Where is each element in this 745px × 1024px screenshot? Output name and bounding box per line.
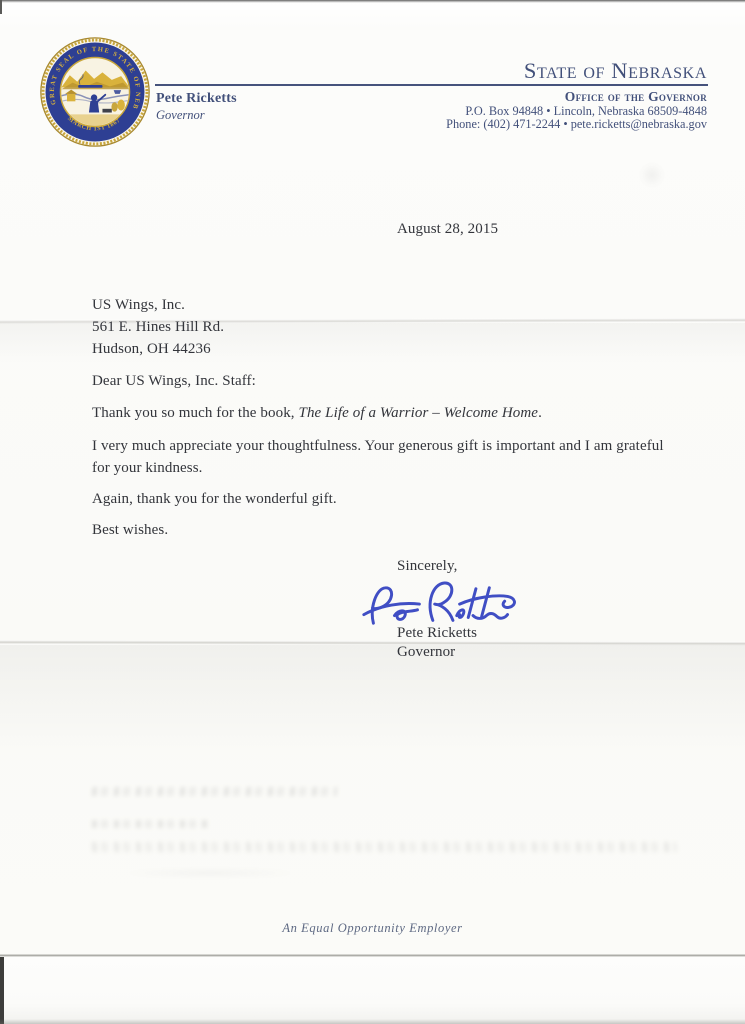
scan-bottom-shadow	[0, 1019, 745, 1024]
book-title: The Life of a Warrior – Welcome Home	[299, 405, 539, 421]
recipient-line: 561 E. Hines Hill Rd.	[92, 316, 224, 338]
bleed-through-smudge	[92, 842, 678, 852]
letterhead-office-title: Office of the Governor	[565, 89, 707, 105]
nebraska-state-seal: GREAT SEAL OF THE STATE OF NEBRASKA MARC…	[39, 36, 151, 148]
scan-border-left	[0, 0, 2, 14]
closing-line: Best wishes.	[92, 519, 168, 541]
bleed-through-smudge	[92, 820, 207, 828]
bleed-through-smudge	[92, 787, 338, 796]
fold-shadow	[0, 645, 745, 755]
recipient-line: Hudson, OH 44236	[92, 338, 224, 360]
bleed-through-smudge	[80, 866, 340, 880]
recipient-line: US Wings, Inc.	[92, 294, 224, 316]
paragraph-text: .	[538, 405, 542, 421]
seal-graphic: GREAT SEAL OF THE STATE OF NEBRASKA MARC…	[39, 36, 151, 148]
paragraph-appreciation: I very much appreciate your thoughtfulne…	[92, 435, 668, 479]
letterhead-phone-email-line: Phone: (402) 471-2244 • pete.ricketts@ne…	[446, 117, 707, 132]
scan-smudge	[635, 158, 669, 192]
letterhead-governor-title: Governor	[156, 108, 205, 123]
scan-border-top	[0, 0, 745, 3]
scanned-letter: GREAT SEAL OF THE STATE OF NEBRASKA MARC…	[0, 0, 745, 1024]
scanner-background	[0, 957, 745, 1024]
typed-signature-title: Governor	[397, 641, 455, 663]
paragraph-text: Thank you so much for the book,	[92, 405, 299, 421]
salutation: Dear US Wings, Inc. Staff:	[92, 370, 256, 392]
page-bottom-edge	[0, 954, 745, 957]
paragraph-book-thanks: Thank you so much for the book, The Life…	[92, 402, 682, 424]
paragraph-again-thanks: Again, thank you for the wonderful gift.	[92, 488, 337, 510]
scan-border-bottom-left	[0, 957, 4, 1024]
recipient-address: US Wings, Inc. 561 E. Hines Hill Rd. Hud…	[92, 294, 224, 360]
letterhead-state-title: State of Nebraska	[524, 58, 707, 84]
letterhead-rule	[155, 84, 708, 86]
letterhead-governor-name: Pete Ricketts	[156, 91, 237, 107]
letter-date: August 28, 2015	[397, 218, 498, 240]
equal-opportunity-footer: An Equal Opportunity Employer	[0, 921, 745, 936]
